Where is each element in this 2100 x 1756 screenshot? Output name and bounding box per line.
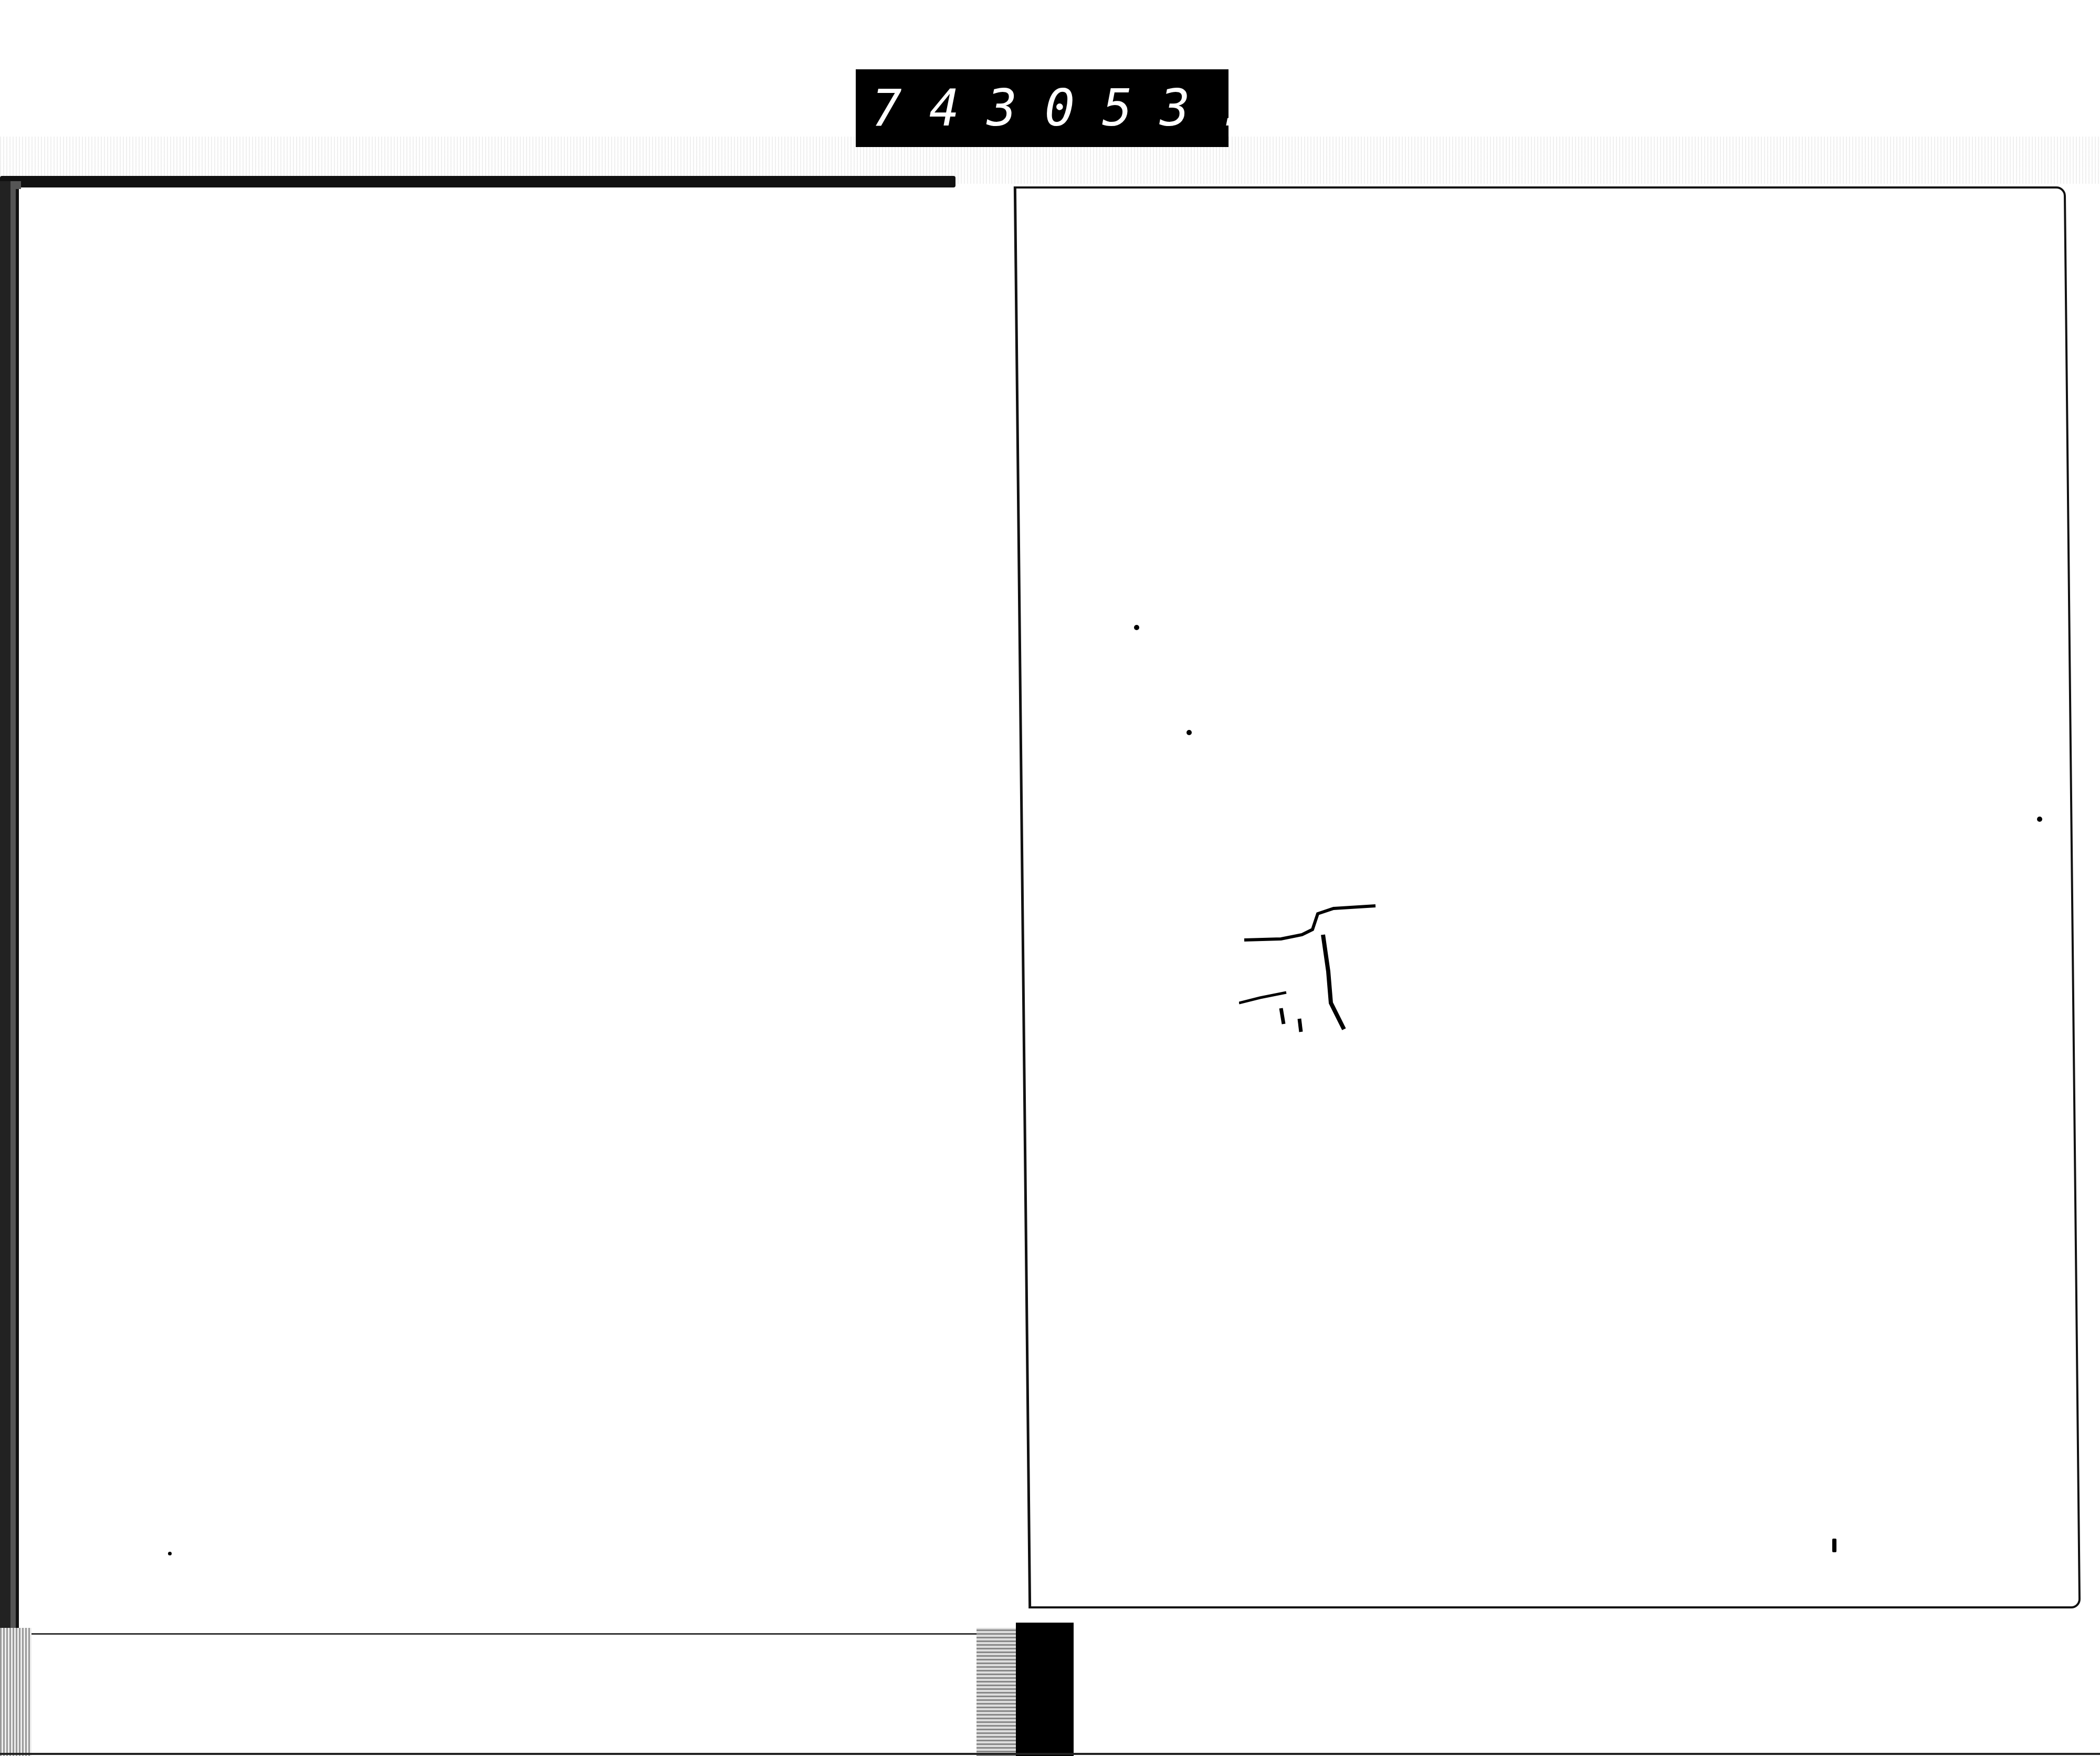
reel-number: 743: [871, 79, 1044, 138]
bottom-edge: [0, 1753, 2100, 1755]
frame-counter: 743 053.: [856, 69, 1228, 147]
ink-blot-mark: [1239, 898, 1386, 1034]
cover-foot-shadow: [0, 1628, 31, 1756]
speck: [1832, 1539, 1836, 1552]
speck: [2037, 817, 2042, 822]
frame-number: 053.: [1044, 79, 1275, 138]
left-page: [16, 189, 1037, 1635]
cover-edge-top: [0, 176, 955, 187]
right-page: [1014, 186, 2081, 1608]
speck: [1134, 625, 1139, 630]
spine-foot-dark: [1016, 1623, 1074, 1756]
speck: [1186, 730, 1192, 735]
speck: [168, 1552, 172, 1555]
spine-foot-light: [976, 1628, 1016, 1756]
